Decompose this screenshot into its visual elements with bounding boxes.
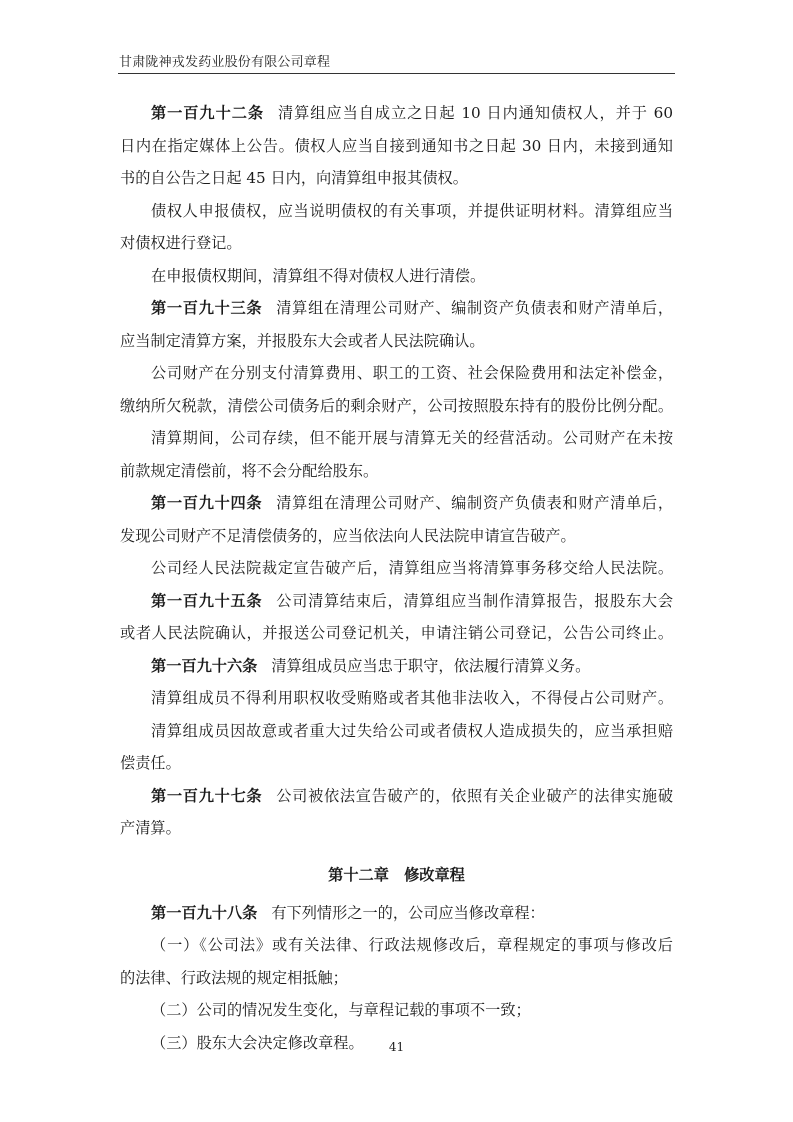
article-number: 第一百九十二条: [151, 104, 264, 122]
text-line: 公司经人民法院裁定宣告破产后，清算组应当将清算事务移交给人民法院。: [120, 555, 673, 588]
text-line: 书的自公告之日起 45 日内，向清算组申报其债权。: [120, 165, 673, 198]
text-line: 产清算。: [120, 815, 673, 848]
article-195-line-1: 第一百九十五条公司清算结束后，清算组应当制作清算报告，报股东大会: [120, 588, 673, 621]
text-line: 清算组成员不得利用职权收受贿赂或者其他非法收入，不得侵占公司财产。: [120, 685, 673, 718]
article-194-line-1: 第一百九十四条清算组在清理公司财产、编制资产负债表和财产清单后，: [120, 490, 673, 523]
text-line: 日内在指定媒体上公告。债权人应当自接到通知书之日起 30 日内，未接到通知: [120, 133, 673, 166]
article-number: 第一百九十四条: [151, 494, 262, 512]
document-body: 第一百九十二条清算组应当自成立之日起 10 日内通知债权人，并于 60 日内在指…: [120, 100, 673, 1062]
document-title: 甘肃陇神戎发药业股份有限公司章程: [119, 51, 330, 70]
article-number: 第一百九十六条: [151, 657, 257, 675]
list-item: （一）《公司法》或有关法律、行政法规修改后，章程规定的事项与修改后: [120, 932, 673, 965]
text-line: 清算期间，公司存续，但不能开展与清算无关的经营活动。公司财产在未按: [120, 425, 673, 458]
text-line: 清算组成员因故意或者重大过失给公司或者债权人造成损失的，应当承担赔: [120, 718, 673, 751]
article-197-line-1: 第一百九十七条公司被依法宣告破产的，依照有关企业破产的法律实施破: [120, 783, 673, 816]
text-line: 缴纳所欠税款，清偿公司债务后的剩余财产，公司按照股东持有的股份比例分配。: [120, 393, 673, 426]
article-198-line-1: 第一百九十八条有下列情形之一的，公司应当修改章程：: [120, 900, 673, 933]
article-192-line-1: 第一百九十二条清算组应当自成立之日起 10 日内通知债权人，并于 60: [120, 100, 673, 133]
article-number: 第一百九十八条: [151, 904, 257, 922]
text-line: 的法律、行政法规的规定相抵触；: [120, 965, 673, 998]
article-number: 第一百九十三条: [151, 299, 262, 317]
text-line: 债权人申报债权，应当说明债权的有关事项，并提供证明材料。清算组应当: [120, 198, 673, 231]
article-193-line-1: 第一百九十三条清算组在清理公司财产、编制资产负债表和财产清单后，: [120, 295, 673, 328]
text-line: 发现公司财产不足清偿债务的，应当依法向人民法院申请宣告破产。: [120, 523, 673, 556]
article-number: 第一百九十五条: [151, 592, 262, 610]
page-header: 甘肃陇神戎发药业股份有限公司章程: [118, 50, 675, 74]
page-number: 41: [0, 1040, 793, 1054]
text-line: 偿责任。: [120, 750, 673, 783]
chapter-heading: 第十二章 修改章程: [120, 848, 673, 894]
text-line: 应当制定清算方案，并报股东大会或者人民法院确认。: [120, 328, 673, 361]
article-number: 第一百九十七条: [151, 787, 262, 805]
text-line: 公司财产在分别支付清算费用、职工的工资、社会保险费用和法定补偿金，: [120, 360, 673, 393]
text-line: 在申报债权期间，清算组不得对债权人进行清偿。: [120, 263, 673, 296]
text-line: 对债权进行登记。: [120, 230, 673, 263]
text-line: 前款规定清偿前，将不会分配给股东。: [120, 458, 673, 491]
text-line: 或者人民法院确认，并报送公司登记机关，申请注销公司登记，公告公司终止。: [120, 620, 673, 653]
article-196-line-1: 第一百九十六条清算组成员应当忠于职守，依法履行清算义务。: [120, 653, 673, 686]
list-item: （二）公司的情况发生变化，与章程记载的事项不一致；: [120, 997, 673, 1030]
